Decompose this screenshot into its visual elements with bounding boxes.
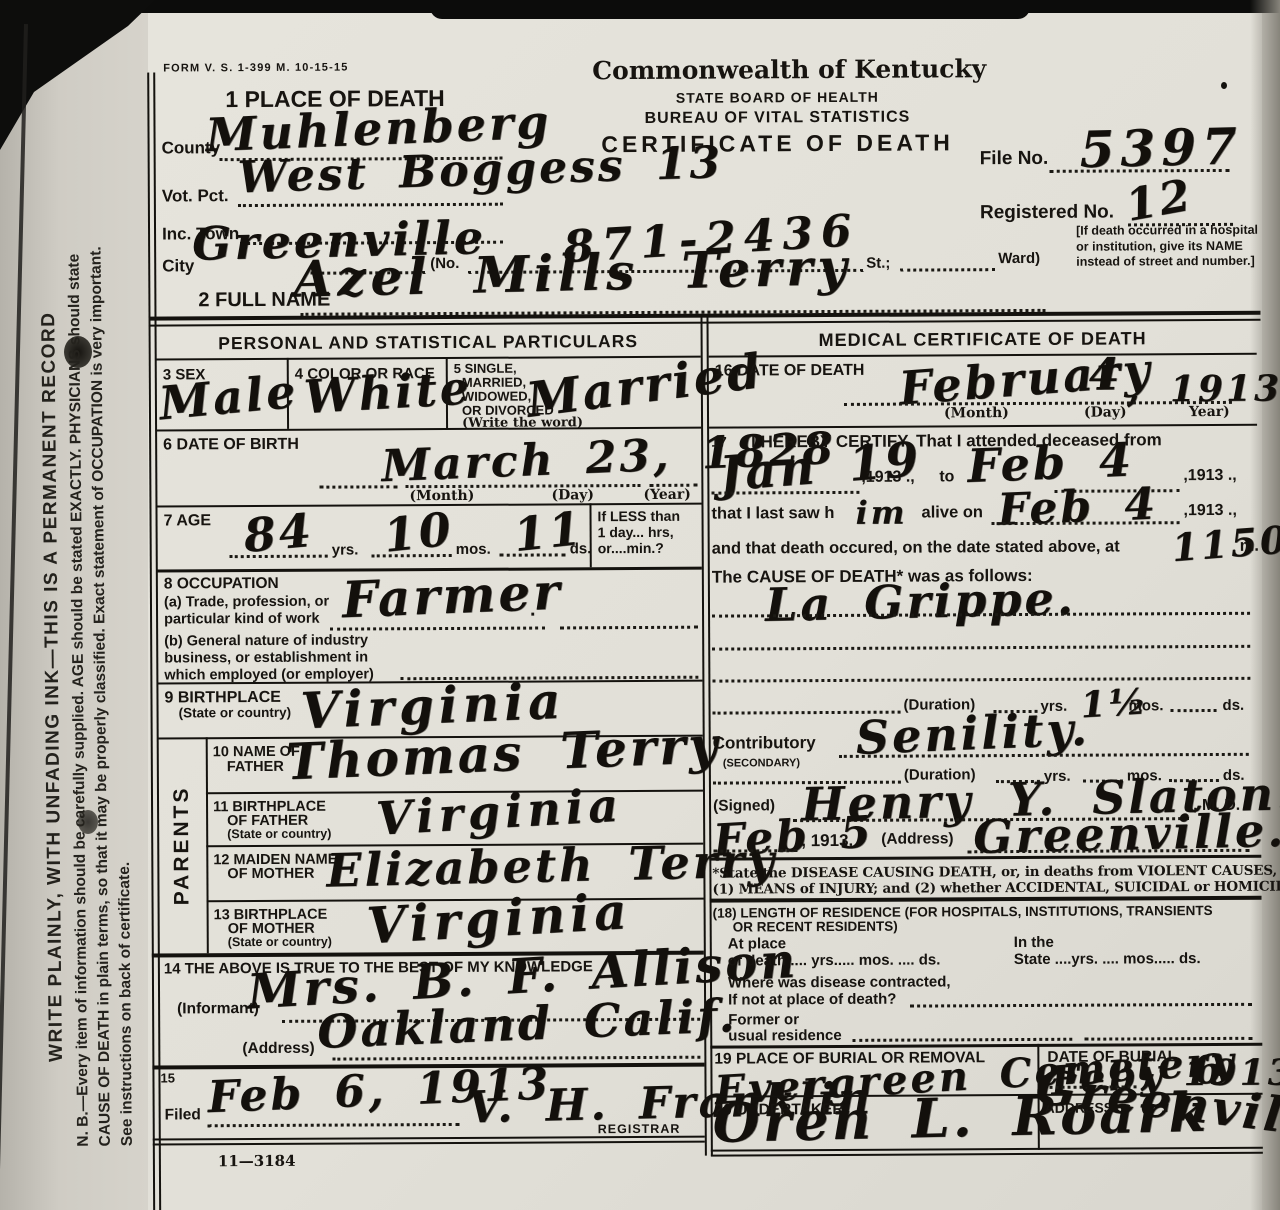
mother-birthplace-label-3: (State or country) xyxy=(228,935,332,950)
father-birthplace-label-3: (State or country) xyxy=(227,827,331,842)
filed-label: Filed xyxy=(165,1106,201,1124)
form-footer-number: 11—3184 xyxy=(218,1152,296,1170)
death-time-m: m. xyxy=(1240,537,1259,556)
state-board-title: STATE BOARD OF HEALTH xyxy=(592,88,962,106)
residence-in-the-1: In the xyxy=(1014,934,1054,951)
occupation-a-line-2: particular kind of work xyxy=(164,611,320,628)
last-saw-mid: alive on xyxy=(921,503,983,522)
cause-of-death-value: La Grippe. xyxy=(765,575,1077,628)
rule xyxy=(156,356,701,361)
dob-line xyxy=(319,485,397,488)
precinct-line xyxy=(238,203,503,207)
item-15: 15 xyxy=(160,1070,175,1085)
parents-side-label: PARENTS xyxy=(158,737,207,953)
registrar-label: REGISTRAR xyxy=(598,1122,681,1136)
marital-value: Married xyxy=(524,347,766,425)
residence-line xyxy=(852,1038,1072,1042)
age-less-line-2: 1 day... hrs, xyxy=(598,524,674,540)
color-race-value: White xyxy=(303,365,473,421)
physician-address-label: (Address) xyxy=(881,830,953,848)
father-name-value: Thomas Terry xyxy=(285,720,721,787)
age-months-value: 10 xyxy=(381,505,456,558)
secondary-label: (SECONDARY) xyxy=(723,757,800,769)
duration-line xyxy=(1171,709,1217,712)
residence-at-place-1: At place xyxy=(728,935,786,952)
file-no-label: File No. xyxy=(980,148,1049,170)
ward-label: Ward) xyxy=(998,250,1040,267)
precinct-label: Vot. Pct. xyxy=(162,186,229,206)
cause-line xyxy=(712,677,1250,683)
age-line xyxy=(230,555,328,559)
commonwealth-title: Commonwealth of Kentucky xyxy=(592,54,962,85)
age-years-value: 84 xyxy=(242,507,316,559)
occupation-line xyxy=(560,626,698,630)
occupation-a-line-1: (a) Trade, profession, or xyxy=(164,594,329,611)
cause-line xyxy=(712,645,1250,651)
marital-label-2: MARRIED, xyxy=(462,375,526,390)
signed-year: , 1913. xyxy=(801,831,853,851)
parents-side-label-text: PARENTS xyxy=(170,785,195,905)
attended-from-date: Jan 19 xyxy=(718,436,923,499)
registered-no-value: 12 xyxy=(1123,174,1197,229)
occupation-period: . xyxy=(530,599,536,622)
birthplace-sub-label: (State or country) xyxy=(179,705,292,721)
age-label: 7 AGE xyxy=(164,512,212,530)
residence-line xyxy=(910,1003,1252,1008)
informant-address-value: Oakland Calif. xyxy=(316,992,738,1055)
registered-no-label: Registered No. xyxy=(980,202,1114,225)
cause-footnote-2: (1) MEANS of INJURY; and (2) whether ACC… xyxy=(712,879,1280,898)
rule xyxy=(149,319,1261,327)
bureau-title: BUREAU OF VITAL STATISTICS xyxy=(592,108,962,128)
last-saw-pronoun: im xyxy=(855,497,907,529)
rule xyxy=(153,1136,705,1141)
informant-label: (Informant) xyxy=(177,1000,259,1018)
date-of-death-label: 16 DATE OF DEATH xyxy=(715,362,865,381)
mother-name-label-2: OF MOTHER xyxy=(227,866,314,882)
contributory-label: Contributory xyxy=(713,733,816,754)
dod-year-caption: Year) xyxy=(1189,404,1230,420)
age-yrs-caption: yrs. xyxy=(332,541,359,558)
death-occurred-line: and that death occured, on the date stat… xyxy=(712,537,1120,558)
residence-contracted-2: If not at place of death? xyxy=(728,991,896,1009)
father-birthplace-value: Virginia xyxy=(375,782,624,842)
medical-section-title: MEDICAL CERTIFICATE OF DEATH xyxy=(709,328,1257,352)
age-line xyxy=(372,554,452,557)
last-saw-date: Feb 4 xyxy=(997,483,1159,533)
attended-to-year: ,1913 ., xyxy=(1183,467,1236,485)
residence-label-1: (18) LENGTH OF RESIDENCE (FOR HOSPITALS,… xyxy=(713,903,1213,921)
rule xyxy=(153,1141,705,1146)
age-less-line-3: or....min.? xyxy=(598,540,664,556)
hospital-note: [If death occurred in a hospital or inst… xyxy=(1076,223,1258,271)
date-of-death-day: 4 xyxy=(1089,353,1123,397)
file-no-value: 5397 xyxy=(1079,121,1243,175)
marital-label-1: 5 SINGLE, xyxy=(454,361,517,376)
personal-section-title: PERSONAL AND STATISTICAL PARTICULARS xyxy=(156,331,701,355)
ward-line xyxy=(900,268,995,271)
sex-value: Male xyxy=(157,368,300,427)
rule xyxy=(589,503,591,567)
occupation-label: 8 OCCUPATION xyxy=(164,575,279,594)
dob-label: 6 DATE OF BIRTH xyxy=(163,436,299,455)
father-name-label-2: FATHER xyxy=(227,759,284,775)
residence-label-2: OR RECENT RESIDENTS) xyxy=(733,919,898,935)
residence-in-the-2: State ....yrs. .... mos..... ds. xyxy=(1014,950,1201,968)
dod-month-caption: (Month) xyxy=(944,405,1009,421)
last-saw-year: ,1913 ., xyxy=(1183,502,1236,520)
residence-at-place-2: of death .... yrs..... mos. .... ds. xyxy=(728,951,941,969)
last-saw-pre: that I last saw h xyxy=(711,504,834,524)
occupation-line xyxy=(330,626,545,630)
residence-former-2: usual residence xyxy=(728,1027,841,1045)
occupation-b-line-2: business, or establishment in xyxy=(164,649,368,666)
dob-year-caption: (Year) xyxy=(643,487,690,503)
age-less-line-1: If LESS than xyxy=(597,508,680,524)
age-ds-caption: ds. xyxy=(570,540,592,557)
street-label: St.; xyxy=(866,255,890,272)
full-name-value: Azel Mills Terry xyxy=(293,242,852,305)
informant-address-label: (Address) xyxy=(242,1040,314,1058)
contributory-value: Senility. xyxy=(855,706,1091,761)
rule xyxy=(153,73,160,1210)
age-line xyxy=(500,553,566,556)
precinct-value: West Boggess 13 xyxy=(237,141,724,200)
attended-to-word: to xyxy=(939,468,954,486)
filed-line xyxy=(208,1123,460,1127)
dod-day-caption: (Day) xyxy=(1084,404,1127,420)
occupation-b-line-1: (b) General nature of industry xyxy=(164,632,368,649)
signed-date-line xyxy=(713,849,797,852)
attended-from-year: ,1913 ., xyxy=(861,469,914,487)
residence-former-1: Former or xyxy=(728,1011,799,1028)
residence-contracted-1: Where was disease contracted, xyxy=(728,973,951,991)
duration-mos-caption: mos. xyxy=(1128,697,1163,714)
scanned-death-certificate: WRITE PLAINLY, WITH UNFADING INK—THIS IS… xyxy=(0,0,1280,1210)
attended-from-line xyxy=(711,491,859,495)
duration-ds-caption: ds. xyxy=(1222,697,1244,714)
death-time-value: 1150 xyxy=(1170,521,1280,568)
mother-birthplace-value: Virginia xyxy=(365,886,632,951)
form-number: FORM V. S. 1-399 M. 10-15-15 xyxy=(163,62,348,75)
age-mos-caption: mos. xyxy=(456,541,491,558)
city-label: City xyxy=(162,256,194,276)
